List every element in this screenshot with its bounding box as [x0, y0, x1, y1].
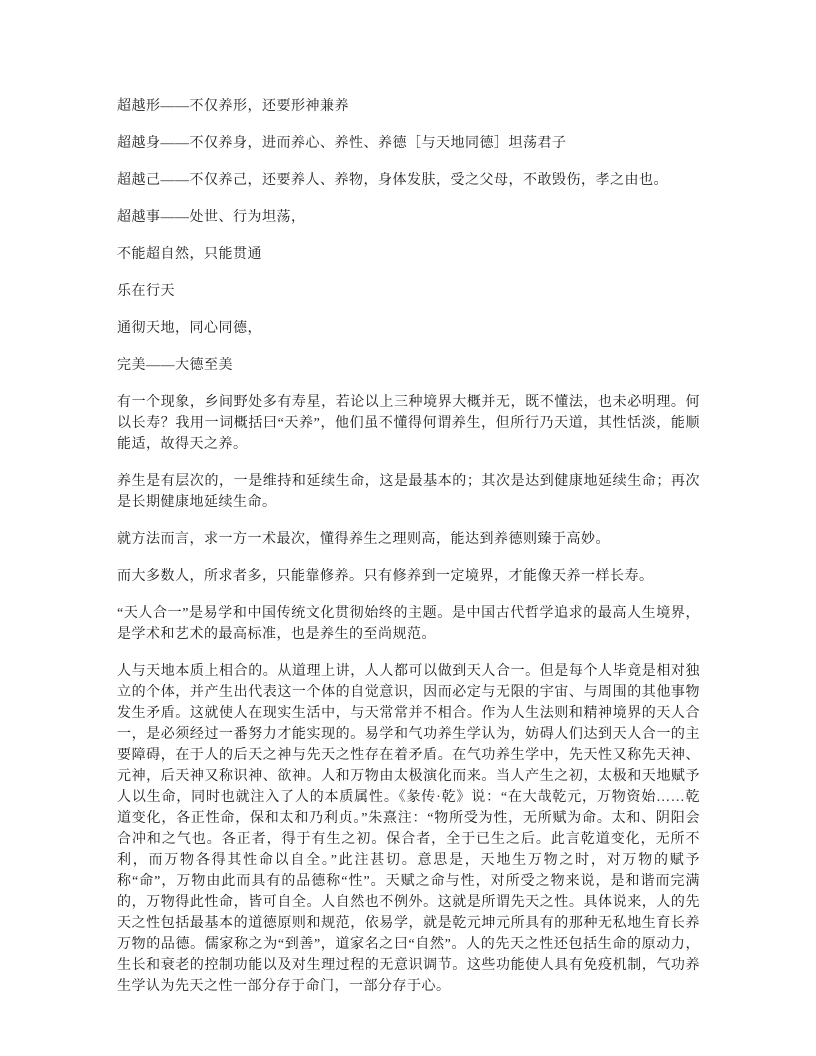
paragraph-cannot-surpass-nature: 不能超自然，只能贯通: [117, 244, 700, 265]
paragraph-tianren-heyi-theme: “天人合一”是易学和中国传统文化贯彻始终的主题。是中国古代哲学追求的最高人生境界…: [117, 603, 700, 645]
document-page: 超越形——不仅养形，还要形神兼养 超越身——不仅养身，进而养心、养性、养德［与天…: [0, 0, 816, 1056]
paragraph-most-people: 而大多数人，所求者多，只能靠修养。只有修养到一定境界，才能像天养一样长寿。: [117, 566, 700, 587]
paragraph-perfection: 完美——大德至美: [117, 355, 700, 376]
paragraph-transcend-form: 超越形——不仅养形，还要形神兼养: [117, 96, 700, 117]
paragraph-longevity-phenomenon: 有一个现象，乡间野处多有寿星，若论以上三种境界大概并无，既不懂法，也未必明理。何…: [117, 392, 700, 455]
paragraph-joy-in-heaven: 乐在行天: [117, 281, 700, 302]
paragraph-methods: 就方法而言，求一方一术最次，懂得养生之理则高，能达到养德则臻于高妙。: [117, 529, 700, 550]
paragraph-human-heaven-unity: 人与天地本质上相合的。从道理上讲，人人都可以做到天人合一。但是每个人毕竟是相对独…: [117, 661, 700, 997]
paragraph-transcend-affairs: 超越事——处世、行为坦荡，: [117, 207, 700, 228]
paragraph-levels-of-yangsheng: 养生是有层次的，一是维持和延续生命，这是最基本的；其次是达到健康地延续生命；再次…: [117, 471, 700, 513]
paragraph-transcend-self: 超越己——不仅养己，还要养人、养物，身体发肤，受之父母，不敢毁伤，孝之由也。: [117, 170, 700, 191]
paragraph-transcend-body: 超越身——不仅养身，进而养心、养性、养德［与天地同德］坦荡君子: [117, 133, 700, 154]
paragraph-through-heaven-earth: 通彻天地，同心同德，: [117, 318, 700, 339]
